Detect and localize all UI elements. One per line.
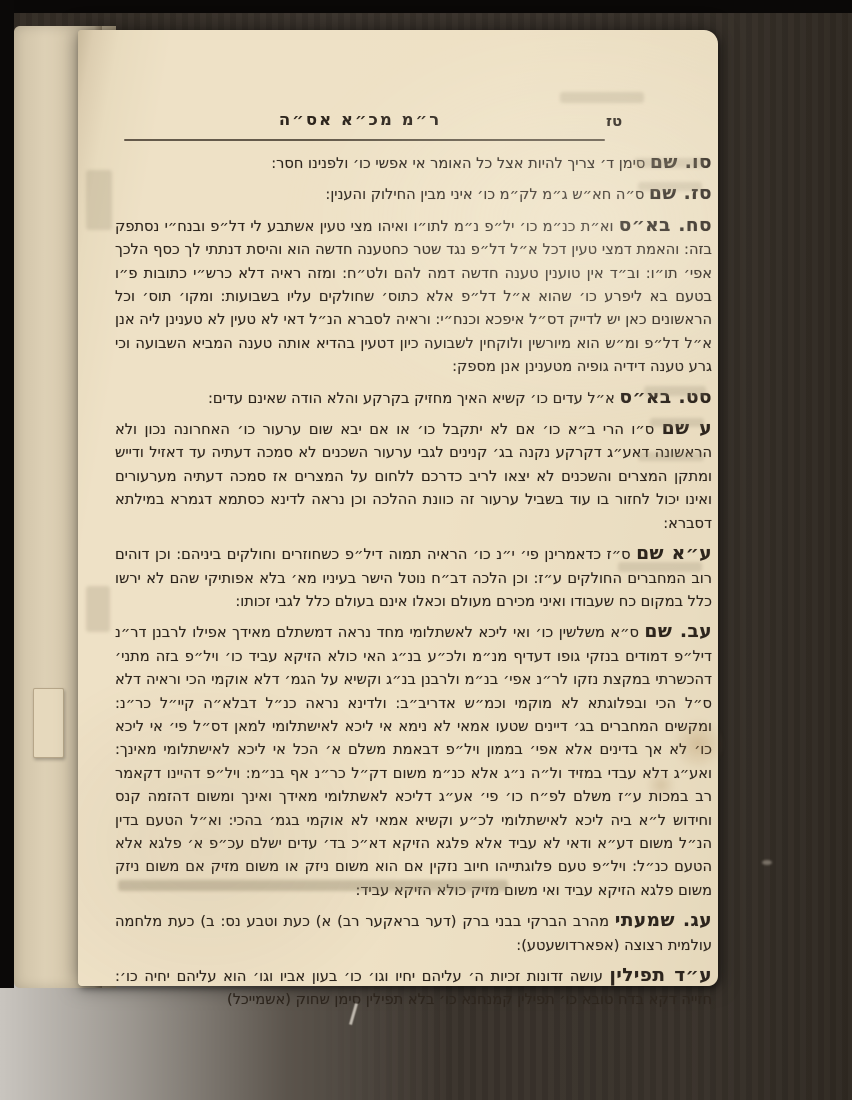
text-block: סו. שם סימן ד׳ צריך להיות אצל כל האומר א… — [115, 151, 712, 1019]
paragraph-72: עב. שם ס״א משלשין כו׳ ואי ליכא לאשתלומי … — [115, 620, 712, 902]
paragraph-70: ע שם ס״ו הרי ב״א כו׳ אם לא יתקבל כו׳ או … — [115, 417, 712, 535]
dust-speck — [762, 860, 772, 865]
paragraph-71: ע״א שם ס״ז כדאמרינן פי׳ י״נ כו׳ הראיה תמ… — [115, 542, 712, 613]
paragraph-text: ס״א משלשין כו׳ ואי ליכא לאשתלומי מחד נרא… — [115, 624, 712, 898]
running-header-title: ר״מ מכ״א אס״ה — [115, 110, 605, 129]
paragraph-lead: סח. בא״ס — [619, 215, 712, 236]
foxing-stain — [644, 772, 678, 798]
paragraph-66: סו. שם סימן ד׳ צריך להיות אצל כל האומר א… — [115, 151, 712, 175]
foxing-stain — [672, 718, 724, 770]
page-number: טז — [606, 112, 666, 130]
paragraph-text: ס״ז כדאמרינן פי׳ י״נ כו׳ הראיה תמוה דיל״… — [115, 546, 712, 610]
scanned-book-photo: ר״מ מכ״א אס״ה טז סו. שם סימן ד׳ צריך להי… — [0, 0, 852, 1100]
black-border-top — [0, 0, 852, 13]
header-rule — [124, 139, 605, 141]
bleedthrough-smudge — [560, 92, 644, 103]
paragraph-text: סימן ד׳ צריך להיות אצל כל האומר אי אפשי … — [271, 155, 645, 172]
paragraph-text: א״ל עדים כו׳ קשיא האיך מחזיק בקרקע והלא … — [208, 390, 615, 407]
paragraph-lead: עג. שמעתי — [615, 910, 712, 931]
paragraph-69: סט. בא״ס א״ל עדים כו׳ קשיא האיך מחזיק בק… — [115, 386, 712, 410]
paragraph-lead: עב. שם — [645, 621, 712, 642]
paragraph-lead: סט. בא״ס — [619, 387, 712, 408]
paragraph-68: סח. בא״ס וא״ת כנ״מ כו׳ יל״פ נ״מ לתו״ו וא… — [115, 214, 712, 379]
binding-repair-tab — [33, 688, 64, 758]
book-page: ר״מ מכ״א אס״ה טז סו. שם סימן ד׳ צריך להי… — [78, 30, 718, 986]
paragraph-67: סז. שם ס״ה חא״ש ג״מ לק״מ כו׳ איני מבין ה… — [115, 182, 712, 206]
paragraph-lead: ע״א שם — [636, 543, 712, 564]
paragraph-lead: ע״ד תפילין — [610, 965, 712, 986]
black-border-left — [0, 0, 14, 988]
bleedthrough-smudge — [86, 170, 112, 230]
paragraph-lead: סז. שם — [649, 183, 712, 204]
paragraph-text: ס״ה חא״ש ג״מ לק״מ כו׳ איני מבין החילוק ו… — [325, 186, 644, 203]
paragraph-text: וא״ת כנ״מ כו׳ יל״פ נ״מ לתו״ו ואיהו מצי ט… — [115, 218, 712, 375]
paragraph-74: ע״ד תפילין עושה זדונות זכיות ה׳ עליהם יח… — [115, 964, 712, 1012]
paragraph-lead: סו. שם — [650, 152, 712, 173]
paragraph-73: עג. שמעתי מהרב הברקי בבני ברק (דער בראקע… — [115, 909, 712, 957]
bleedthrough-smudge — [86, 586, 110, 632]
paragraph-text: ס״ו הרי ב״א כו׳ אם לא יתקבל כו׳ או אם יב… — [115, 421, 712, 532]
paragraph-lead: ע שם — [662, 418, 712, 439]
